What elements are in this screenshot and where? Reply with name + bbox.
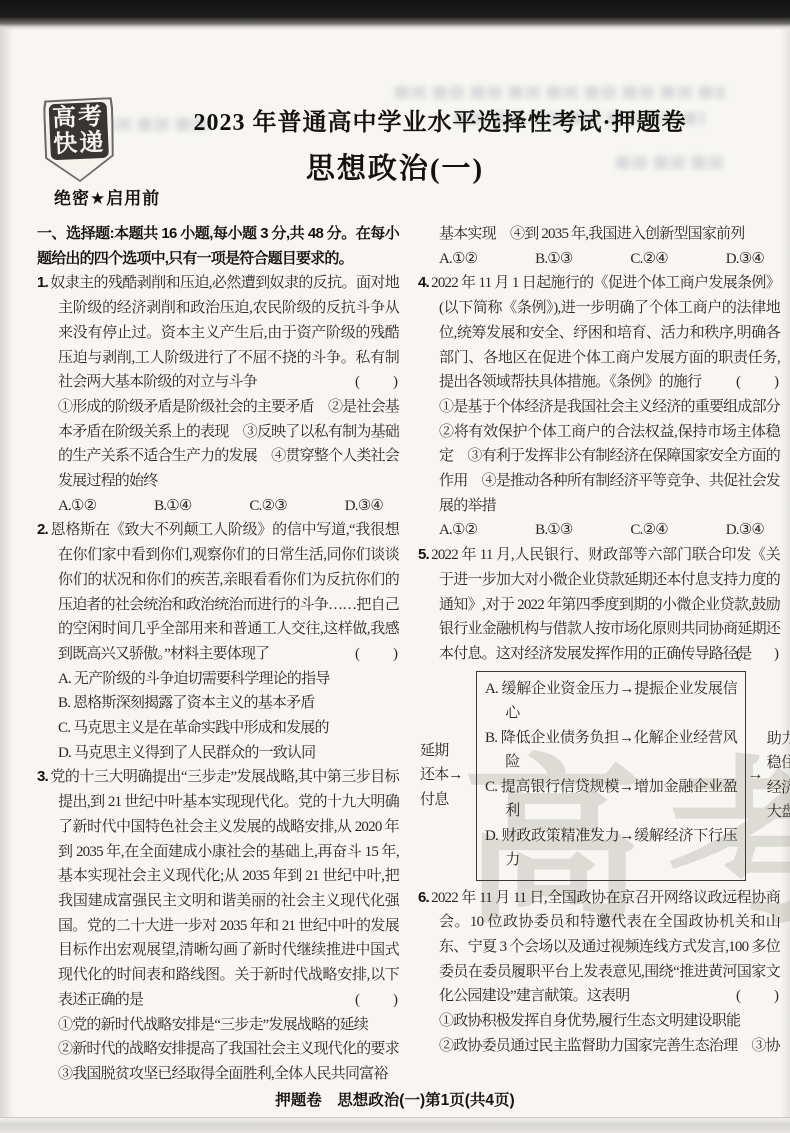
option: C. 马克思主义是在革命实践中形成和发展的 [37,716,399,741]
question-number: 4. [418,274,429,291]
scan-edge-left [0,0,14,1133]
question-number: 3. [37,768,48,785]
diagram-box-item: A. 缓解企业资金压力→提振企业发展信心 [485,677,737,726]
diagram-source-line: 还本→ [420,763,476,788]
option: D.③④ [726,247,764,272]
diagram-box-item: D. 财政政策精准发力→缓解经济下行压力 [485,824,737,873]
badge-text-line1: 高考 [52,104,105,132]
option: B. 恩格斯深刻揭露了资本主义的基本矛盾 [37,691,399,716]
bleedthrough-text [395,86,725,99]
diagram-source-line: 付息 [420,788,476,813]
question-subitems: ①形成的阶级矛盾是阶级社会的主要矛盾 ②是社会基本矛盾在阶级关系上的表现 ③反映… [37,395,399,494]
diagram-source-label: 延期还本→付息 [420,739,476,813]
column-right: 基本实现 ④到 2035 年,我国进入创新型国家前列A.①②B.①③C.②④D.… [418,222,780,1059]
question-stem: 6. 2022 年 11 月 11 日,全国政协在京召开网络议政远程协商会。10… [418,886,780,1010]
exam-page: 绝密★启用前 高考 快递 2023 年普通高中学业水平选择性考试·押题卷 思想政… [0,0,790,1133]
question-subitem: ①政协积极发挥自身优势,履行生态文明建设职能 [418,1009,780,1034]
exam-subtitle: 思想政治(一) [0,146,790,187]
option: C.②④ [630,518,667,543]
options-row: A.①②B.①③C.②④D.③④ [418,518,780,543]
question-subitem: ①党的新时代战略安排是“三步走”发展战略的延续 [37,1013,399,1038]
question-number: 2. [37,521,48,538]
option: B.①③ [535,247,572,272]
section-instructions: 一、选择题:本题共 16 小题,每小题 3 分,共 48 分。在每小题给出的四个… [37,222,399,271]
question-subitems: ①是基于个体经济是我国社会主义经济的重要组成部分 ②将有效保护个体工商户的合法权… [418,395,780,519]
page-footer: 押题卷 思想政治(一)第1页(共4页) [0,1088,790,1110]
scan-edge-top [0,0,790,30]
diagram-box-item: B. 降低企业债务负担→化解企业经营风险 [485,726,737,775]
transmission-diagram: 延期还本→付息A. 缓解企业资金压力→提振企业发展信心B. 降低企业债务负担→化… [418,671,780,881]
option: D.③④ [345,494,383,519]
question-continuation: 基本实现 ④到 2035 年,我国进入创新型国家前列 [418,222,780,247]
option: C.②④ [630,247,667,272]
option: B.①③ [535,518,572,543]
question-stem: 4. 2022 年 11 月 1 日起施行的《促进个体工商户发展条例》(以下简称… [418,271,780,395]
option: B.①④ [154,494,191,519]
answer-bracket: ( ) [757,984,780,1009]
exam-title: 2023 年普通高中学业水平选择性考试·押题卷 [110,102,770,137]
question-stem: 5. 2022 年 11 月,人民银行、财政部等六部门联合印发《关于进一步加大对… [418,543,780,667]
right-arrow-icon: → [746,763,764,788]
question-subitem: ②新时代的战略安排提高了我国社会主义现代化的要求 [37,1037,399,1062]
option: D.③④ [726,518,764,543]
options-row: A.①②B.①③C.②④D.③④ [418,247,780,272]
option: A. 无产阶级的斗争迫切需要科学理论的指导 [37,667,399,692]
question-number: 5. [418,546,429,563]
question-number: 6. [418,889,429,906]
diagram-options-box: A. 缓解企业资金压力→提振企业发展信心B. 降低企业债务负担→化解企业经营风险… [476,671,746,881]
answer-bracket: ( ) [376,370,399,395]
question-stem: 1. 奴隶主的残酷剥削和压迫,必然遭到奴隶的反抗。面对地主阶级的经济剥削和政治压… [37,271,399,395]
option: D. 马克思主义得到了人民群众的一致认同 [37,741,399,766]
scan-edge-right [780,0,790,1133]
answer-bracket: ( ) [376,988,399,1013]
security-label: 绝密★启用前 [54,184,160,209]
answer-bracket: ( ) [757,370,780,395]
scan-edge-bottom [0,1117,790,1133]
answer-bracket: ( ) [376,642,399,667]
question-stem: 3. 党的十三大明确提出“三步走”发展战略,其中第三步目标提出,到 21 世纪中… [37,765,399,1012]
column-left: 一、选择题:本题共 16 小题,每小题 3 分,共 48 分。在每小题给出的四个… [37,222,399,1087]
options-row: A.①②B.①④C.②③D.③④ [37,494,399,519]
question-number: 1. [37,274,48,291]
option: C.②③ [249,494,286,519]
diagram-box-item: C. 提高银行信贷规模→增加金融企业盈利 [485,775,737,824]
option: A.①② [439,247,477,272]
option: A.①② [439,518,477,543]
question-subitem: ③我国脱贫攻坚已经取得全面胜利,全体人民共同富裕 [37,1062,399,1087]
answer-bracket: ( ) [757,642,780,667]
diagram-source-line: 延期 [420,739,476,764]
question-subitem: ②政协委员通过民主监督助力国家完善生态治理 ③协 [418,1034,780,1059]
option: A.①② [58,494,96,519]
question-stem: 2. 恩格斯在《致大不列颠工人阶级》的信中写道,“我很想在你们家中看到你们,观察… [37,518,399,666]
